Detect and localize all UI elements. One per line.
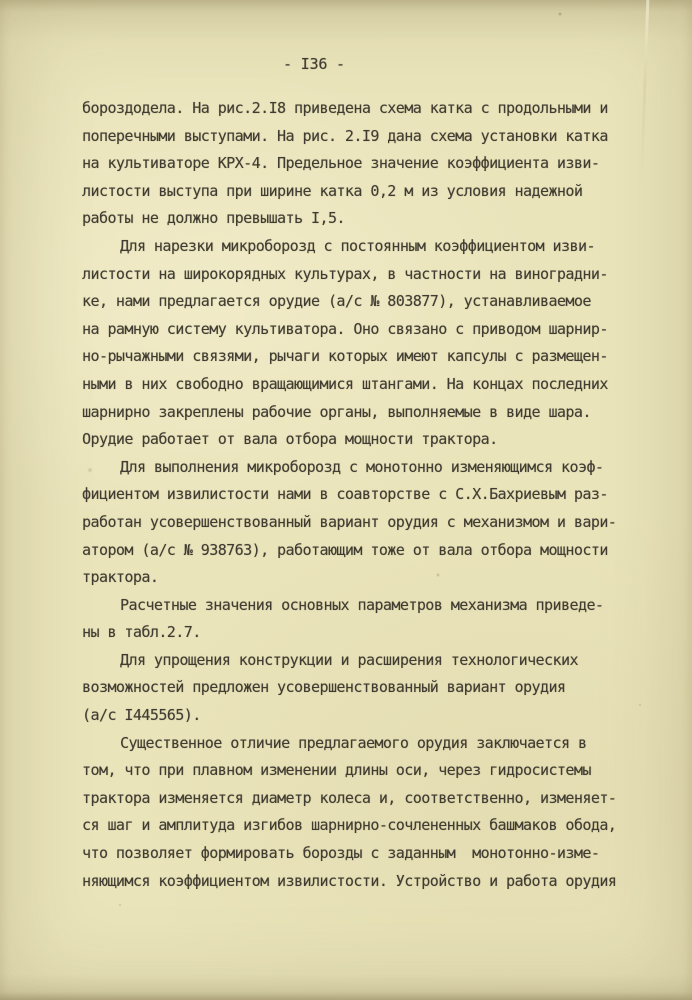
scanned-page: - I36 - бороздодела. На рис.2.I8 приведе… [0,0,692,1000]
text-line: возможностей предложен усовершенствованн… [82,674,627,702]
text-line: ны в табл.2.7. [82,619,627,647]
text-line: (а/с I445565). [82,702,627,730]
text-line: ными в них свободно вращающимися штангам… [82,371,627,399]
text-line: поперечными выступами. На рис. 2.I9 дана… [82,123,627,151]
text-line: Существенное отличие предлагаемого оруди… [82,730,627,758]
text-line: на рамную систему культиватора. Оно связ… [82,316,627,344]
text-line: Орудие работает от вала отбора мощности … [82,426,627,454]
text-line: что позволяет формировать борозды с зада… [82,840,627,868]
page-text: бороздодела. На рис.2.I8 приведена схема… [82,95,627,895]
paper-crease-texture [640,0,650,190]
text-line: фициентом извилистости нами в соавторств… [82,481,627,509]
text-line: трактора. [82,564,627,592]
text-line: ке, нами предлагается орудие (а/с № 8038… [82,288,627,316]
text-line: атором (а/с № 938763), работающим тоже о… [82,537,627,565]
text-line: бороздодела. На рис.2.I8 приведена схема… [82,95,627,123]
text-line: листости выступа при ширине катка 0,2 м … [82,178,627,206]
paragraph: бороздодела. На рис.2.I8 приведена схема… [82,95,627,233]
text-line: Расчетные значения основных параметров м… [82,592,627,620]
text-line: листости на широкорядных культурах, в ча… [82,261,627,289]
paragraph: Для нарезки микроборозд с постоянным коэ… [82,233,627,454]
paragraph: Расчетные значения основных параметров м… [82,592,627,647]
paragraph: Существенное отличие предлагаемого оруди… [82,730,627,896]
text-line: Для упрощения конструкции и расширения т… [82,647,627,675]
text-line: том, что при плавном изменении длины оси… [82,757,627,785]
paragraph: Для упрощения конструкции и расширения т… [82,647,627,730]
page-number: - I36 - [283,55,345,73]
paragraph: Для выполнения микроборозд с монотонно и… [82,454,627,592]
text-line: ся шаг и амплитуда изгибов шарнирно-сочл… [82,812,627,840]
text-line: няющимся коэффициентом извилистости. Уст… [82,868,627,896]
text-line: Для нарезки микроборозд с постоянным коэ… [82,233,627,261]
text-line: Для выполнения микроборозд с монотонно и… [82,454,627,482]
text-line: работы не должно превышать I,5. [82,205,627,233]
text-line: но-рычажными связями, рычаги которых име… [82,343,627,371]
text-line: трактора изменяется диаметр колеса и, со… [82,785,627,813]
text-line: шарнирно закреплены рабочие органы, выпо… [82,399,627,427]
text-line: работан усовершенствованный вариант оруд… [82,509,627,537]
text-line: на культиваторе КРХ-4. Предельное значен… [82,150,627,178]
